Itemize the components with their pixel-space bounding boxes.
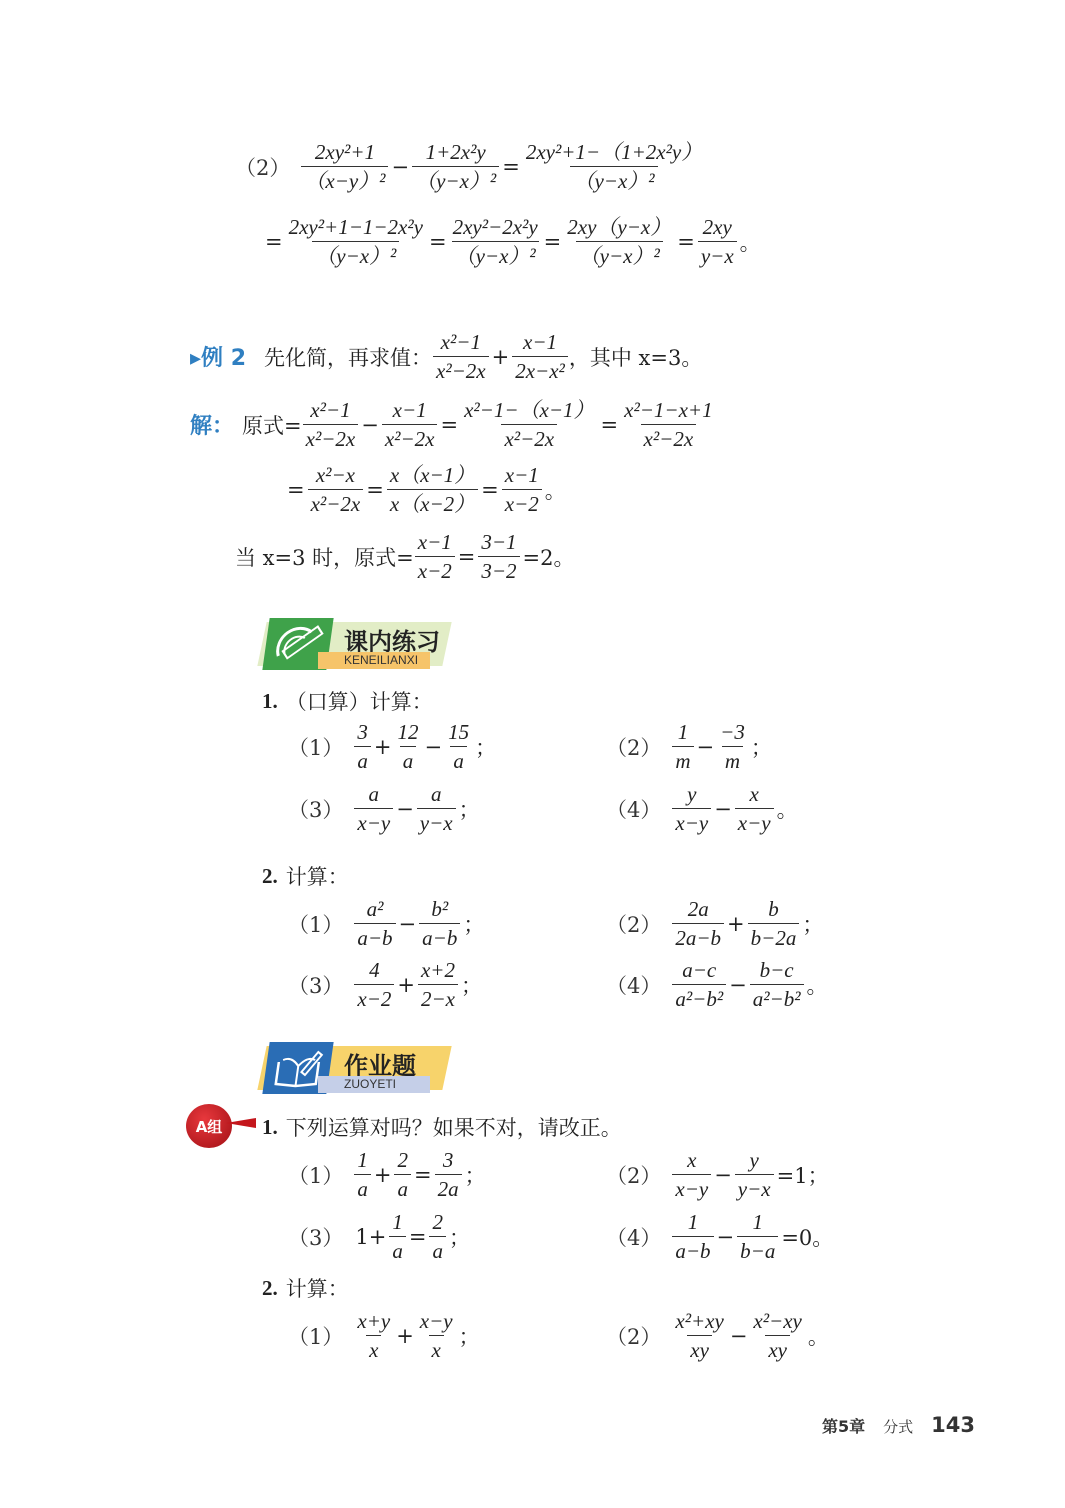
expression: xx−y−yy−x=1；	[671, 1148, 830, 1201]
fraction: 1a−b	[672, 1210, 713, 1263]
homework-question-1: 1. 下列运算对吗？如果不对，请改正。	[262, 1112, 622, 1142]
fraction: 1m	[672, 720, 693, 773]
homework-1-item-1: （1）1a+2a=32a；	[288, 1148, 488, 1201]
operator: −	[715, 1225, 737, 1249]
question-number: 1.	[262, 689, 286, 714]
denominator: x−y	[735, 808, 774, 835]
denominator: a	[429, 1236, 446, 1263]
example-2-statement: ▸例 2 先化简，再求值： x²−1x²−2x+x−12x−x² ，其中 x=3…	[190, 330, 702, 383]
denominator: a−b	[419, 923, 460, 950]
operator: =	[285, 478, 307, 502]
fraction: 2xy²−2x²y（y−x）²	[450, 215, 541, 268]
fraction: −3m	[717, 720, 748, 773]
question-prompt: 下列运算对吗？如果不对，请改正。	[286, 1112, 622, 1142]
expression: yx−y−xx−y。	[671, 782, 799, 835]
denominator: m	[722, 746, 743, 773]
operator: 。	[738, 227, 763, 257]
example-marker: ▸例 2	[190, 341, 264, 372]
prefix: 当 x=3 时，原式=	[235, 542, 414, 572]
denominator: a	[354, 746, 371, 773]
operator: =	[412, 1163, 434, 1187]
denominator: 2a−b	[672, 923, 724, 950]
page-footer: 第5章 分式 143	[822, 1413, 975, 1437]
expression: 1a+2a=32a；	[353, 1148, 487, 1201]
fraction: 1a	[389, 1210, 406, 1263]
question-number: 2.	[262, 864, 286, 889]
numerator: x	[684, 1148, 699, 1174]
denominator: x−2	[415, 556, 455, 583]
practice-1-item-3: （3）ax−y−ay−x；	[288, 782, 482, 835]
fraction: 2a	[394, 1148, 411, 1201]
denominator: x²−2x	[308, 489, 364, 516]
operator: −	[389, 155, 411, 179]
numerator: 2xy²+1−1−2x²y	[286, 215, 426, 241]
operator: ；	[447, 1222, 472, 1252]
homework-section-banner: 作业题 ZUOYETI	[262, 1040, 452, 1092]
fraction: 32a	[435, 1148, 462, 1201]
practice-2-item-2: （2）2a2a−b+bb−2a；	[606, 897, 825, 950]
denominator: a	[389, 1236, 406, 1263]
fraction: 1a	[354, 1148, 371, 1201]
denominator: （y−x）²	[312, 241, 399, 268]
solution-line3: 当 x=3 时，原式= x−1x−2=3−13−2=2。	[235, 530, 577, 583]
practice-1-item-4: （4）yx−y−xx−y。	[606, 782, 800, 835]
operator: =1；	[775, 1160, 831, 1190]
operator: +	[394, 1324, 416, 1348]
solution-label: 解：	[190, 409, 242, 440]
operator: =	[438, 413, 460, 437]
denominator: x−2	[354, 984, 394, 1011]
expression: ax−y−ay−x；	[353, 782, 481, 835]
operator: =	[263, 230, 285, 254]
fraction: 2xy（y−x）（y−x）²	[564, 215, 674, 268]
expression: a²a−b−b²a−b；	[353, 897, 486, 950]
question-prompt: （口算）计算：	[286, 686, 433, 716]
operator: ；	[800, 909, 825, 939]
numerator: x−1	[415, 530, 455, 556]
denominator: x	[366, 1335, 381, 1362]
practice-2-item-4: （4）a−ca²−b²−b−ca²−b²。	[606, 958, 830, 1011]
denominator: y−x	[417, 808, 456, 835]
item-label: （2）	[606, 909, 671, 939]
numerator: x+2	[418, 958, 458, 984]
operator: −	[422, 735, 444, 759]
fraction: 3a	[354, 720, 371, 773]
banner-subtitle: KENEILIANXI	[318, 652, 430, 669]
homework-question-2: 2. 计算：	[262, 1273, 349, 1303]
fraction: 15a	[445, 720, 472, 773]
homework-1-item-2: （2）xx−y−yy−x=1；	[606, 1148, 831, 1201]
denominator: b−a	[737, 1236, 778, 1263]
numerator: 1	[685, 1210, 702, 1236]
operator: =	[427, 230, 449, 254]
operator: =	[479, 478, 501, 502]
item-label: （4）	[606, 970, 671, 1000]
expression: 2a2a−b+bb−2a；	[671, 897, 825, 950]
numerator: x−1	[390, 398, 430, 424]
fraction: x−12x−x²	[512, 330, 568, 383]
operator: =	[364, 478, 386, 502]
fraction: x²−1−（x−1）x²−2x	[461, 398, 597, 451]
numerator: b	[765, 897, 782, 923]
numerator: 2xy²+1−（1+2x²y）	[523, 140, 705, 166]
operator: =0。	[779, 1222, 835, 1252]
item-label: （3）	[288, 970, 353, 1000]
numerator: 2xy²+1	[312, 140, 378, 166]
fraction: x²−xx²−2x	[308, 463, 364, 516]
denominator: x²−2x	[303, 424, 359, 451]
numerator: x（x−1）	[387, 463, 478, 489]
operator: 。	[543, 475, 568, 505]
denominator: xy	[687, 1335, 712, 1362]
fraction: x²−1x²−2x	[433, 330, 489, 383]
fraction: 1b−a	[737, 1210, 778, 1263]
fraction: x²+xyxy	[672, 1309, 726, 1362]
solution-part2-line2: =2xy²+1−1−2x²y（y−x）²=2xy²−2x²y（y−x）²=2xy…	[263, 215, 763, 268]
denominator: a−b	[672, 1236, 713, 1263]
item-label: （3）	[288, 1222, 353, 1252]
numerator: 2xy（y−x）	[564, 215, 674, 241]
fraction: b−ca²−b²	[750, 958, 804, 1011]
numerator: 3−1	[478, 530, 519, 556]
numerator: 4	[366, 958, 383, 984]
badge-pointer	[226, 1118, 256, 1128]
operator: =	[407, 1225, 429, 1249]
denominator: a	[354, 1174, 371, 1201]
expression: 1+1a=2a；	[353, 1210, 472, 1263]
denominator: x−y	[672, 1174, 711, 1201]
fraction: x−yx	[417, 1309, 456, 1362]
numerator: a	[428, 782, 445, 808]
fraction: a−ca²−b²	[672, 958, 726, 1011]
practice-1-item-2: （2）1m−−3m；	[606, 720, 774, 773]
item-label: （1）	[288, 1160, 353, 1190]
operator: ；	[463, 1160, 488, 1190]
operator: −	[728, 1324, 750, 1348]
operator: =	[542, 230, 564, 254]
denominator: x²−2x	[501, 424, 557, 451]
numerator: 15	[445, 720, 472, 746]
homework-2-item-2: （2）x²+xyxy−x²−xyxy。	[606, 1309, 831, 1362]
denominator: a²−b²	[672, 984, 726, 1011]
fraction: 2a2a−b	[672, 897, 724, 950]
denominator: 2x−x²	[512, 356, 568, 383]
denominator: x−2	[502, 489, 542, 516]
expression: 1a−b−1b−a=0。	[671, 1210, 835, 1263]
operator: 。	[775, 794, 800, 824]
item-label: （1）	[288, 1321, 353, 1351]
fraction: bb−2a	[748, 897, 800, 950]
fraction: ax−y	[354, 782, 393, 835]
denominator: （y−x）²	[452, 241, 539, 268]
fraction: 2a	[429, 1210, 446, 1263]
numerator: 2xy	[700, 215, 735, 241]
numerator: x+y	[354, 1309, 393, 1335]
operator: +	[725, 912, 747, 936]
operator: −	[695, 735, 717, 759]
practice-question-1: 1. （口算）计算：	[262, 686, 433, 716]
expression: x²+xyxy−x²−xyxy。	[671, 1309, 830, 1362]
denominator: y−x	[735, 1174, 774, 1201]
fraction: 2xy²+1−（1+2x²y）（y−x）²	[523, 140, 705, 193]
practice-question-2: 2. 计算：	[262, 861, 349, 891]
question-number: 2.	[262, 1276, 286, 1301]
page-number: 143	[931, 1413, 975, 1437]
practice-2-item-3: （3）4x−2+x+22−x；	[288, 958, 484, 1011]
numerator: x−1	[502, 463, 542, 489]
operator: −	[359, 413, 381, 437]
numerator: y	[747, 1148, 762, 1174]
fraction: xx−y	[672, 1148, 711, 1201]
practice-2-item-1: （1）a²a−b−b²a−b；	[288, 897, 486, 950]
item-label: （3）	[288, 794, 353, 824]
item-label: （4）	[606, 794, 671, 824]
fraction: 2xy²+1−1−2x²y（y−x）²	[286, 215, 426, 268]
numerator: 1	[389, 1210, 406, 1236]
numerator: x−1	[520, 330, 560, 356]
numerator: x²+xy	[672, 1309, 726, 1335]
expression: x²−1x²−2x−x−1x²−2x=x²−1−（x−1）x²−2x=x²−1−…	[302, 398, 717, 451]
fraction: x²−1−x+1x²−2x	[621, 398, 715, 451]
fraction: a²a−b	[354, 897, 395, 950]
example-text: 先化简，再求值：	[264, 342, 432, 372]
numerator: 1	[749, 1210, 766, 1236]
fraction: x−1x−2	[502, 463, 542, 516]
operator: +	[372, 1163, 394, 1187]
numerator: x²−1−（x−1）	[461, 398, 597, 424]
numerator: 2a	[685, 897, 712, 923]
numerator: a²	[364, 897, 387, 923]
expression: 4x−2+x+22−x；	[353, 958, 484, 1011]
operator: ；	[457, 794, 482, 824]
numerator: x²−x	[313, 463, 358, 489]
fraction: 1+2x²y（y−x）²	[412, 140, 499, 193]
homework-2-item-1: （1）x+yx+x−yx；	[288, 1309, 482, 1362]
operator: ；	[473, 732, 498, 762]
example-condition: ，其中 x=3。	[569, 342, 702, 372]
operator: −	[712, 797, 734, 821]
operator: 。	[805, 970, 830, 1000]
fraction: x+22−x	[418, 958, 458, 1011]
item-label: （4）	[606, 1222, 671, 1252]
expression: =x²−xx²−2x=x（x−1）x（x−2）=x−1x−2。	[285, 463, 568, 516]
denominator: x−y	[354, 808, 393, 835]
homework-1-item-3: （3）1+1a=2a；	[288, 1210, 472, 1263]
item-label: （2）	[606, 1160, 671, 1190]
numerator: a−c	[679, 958, 719, 984]
fraction: yx−y	[672, 782, 711, 835]
operator: +	[490, 345, 512, 369]
numerator: 12	[394, 720, 421, 746]
operator: +	[372, 735, 394, 759]
operator: −	[712, 1163, 734, 1187]
numerator: x²−1−x+1	[621, 398, 715, 424]
fraction: 2xy²+1（x−y）²	[301, 140, 388, 193]
practice-section-banner: 课内练习 KENEILIANXI	[262, 616, 452, 668]
denominator: a	[394, 1174, 411, 1201]
operator: −	[394, 797, 416, 821]
denominator: （y−x）²	[576, 241, 663, 268]
item-label: （1）	[288, 909, 353, 939]
chapter-title: 分式	[883, 1416, 913, 1437]
fraction: yy−x	[735, 1148, 774, 1201]
numerator: 1	[675, 720, 692, 746]
question-prompt: 计算：	[286, 1273, 349, 1303]
fraction: x−1x²−2x	[382, 398, 438, 451]
expression: x−1x−2=3−13−2=2。	[414, 530, 577, 583]
expression: a−ca²−b²−b−ca²−b²。	[671, 958, 829, 1011]
operator: =	[599, 413, 621, 437]
item-label: （1）	[288, 732, 353, 762]
denominator: x²−2x	[382, 424, 438, 451]
question-number: 1.	[262, 1115, 286, 1140]
operator: ；	[461, 909, 486, 939]
numerator: x²−1	[307, 398, 353, 424]
fraction: 3−13−2	[478, 530, 519, 583]
solution-part2-line1: （2） 2xy²+1（x−y）²−1+2x²y（y−x）²=2xy²+1−（1+…	[235, 140, 706, 193]
denominator: 3−2	[478, 556, 519, 583]
fraction: x+yx	[354, 1309, 393, 1362]
denominator: xy	[765, 1335, 790, 1362]
denominator: a	[400, 746, 417, 773]
fraction: x−1x−2	[415, 530, 455, 583]
fraction: x（x−1）x（x−2）	[387, 463, 478, 516]
numerator: x²−xy	[750, 1309, 804, 1335]
operator: ；	[457, 1321, 482, 1351]
practice-1-item-1: （1）3a+12a−15a；	[288, 720, 498, 773]
denominator: （y−x）²	[412, 166, 499, 193]
question-prompt: 计算：	[286, 861, 349, 891]
fraction: 4x−2	[354, 958, 394, 1011]
denominator: （x−y）²	[301, 166, 388, 193]
homework-1-item-4: （4）1a−b−1b−a=0。	[606, 1210, 835, 1263]
numerator: 3	[354, 720, 371, 746]
denominator: x	[429, 1335, 444, 1362]
denominator: a²−b²	[750, 984, 804, 1011]
fraction: xx−y	[735, 782, 774, 835]
numerator: x−y	[417, 1309, 456, 1335]
numerator: 1	[354, 1148, 371, 1174]
numerator: 3	[440, 1148, 457, 1174]
fraction: ay−x	[417, 782, 456, 835]
operator: −	[397, 912, 419, 936]
numerator: 1+2x²y	[423, 140, 489, 166]
solution-line1: 解： 原式= x²−1x²−2x−x−1x²−2x=x²−1−（x−1）x²−2…	[190, 398, 717, 451]
denominator: a	[450, 746, 467, 773]
numerator: y	[684, 782, 699, 808]
operator: −	[727, 973, 749, 997]
expression: 2xy²+1（x−y）²−1+2x²y（y−x）²=2xy²+1−（1+2x²y…	[300, 140, 706, 193]
expression: 3a+12a−15a；	[353, 720, 498, 773]
group-label: A组	[196, 1116, 223, 1137]
numerator: a	[366, 782, 383, 808]
denominator: x²−2x	[433, 356, 489, 383]
numerator: 2	[394, 1148, 411, 1174]
operator: ；	[749, 732, 774, 762]
fraction: 2xyy−x	[698, 215, 737, 268]
denominator: 2−x	[418, 984, 458, 1011]
numerator: x	[747, 782, 762, 808]
numerator: 2xy²−2x²y	[450, 215, 541, 241]
operator: =	[500, 155, 522, 179]
item-label: （2）	[606, 732, 671, 762]
fraction: x²−1x²−2x	[303, 398, 359, 451]
denominator: a−b	[354, 923, 395, 950]
denominator: x（x−2）	[387, 489, 478, 516]
denominator: （y−x）²	[570, 166, 657, 193]
banner-subtitle: ZUOYETI	[318, 1076, 430, 1093]
prefix: 原式=	[242, 410, 302, 440]
operator: =2。	[521, 542, 577, 572]
solution-line2: =x²−xx²−2x=x（x−1）x（x−2）=x−1x−2。	[285, 463, 568, 516]
denominator: x−y	[672, 808, 711, 835]
numerator: 2	[429, 1210, 446, 1236]
item-label: （2）	[235, 152, 300, 182]
operator: +	[395, 973, 417, 997]
denominator: y−x	[698, 241, 737, 268]
fraction: b²a−b	[419, 897, 460, 950]
expression: x²−1x²−2x+x−12x−x²	[432, 330, 569, 383]
operator: 。	[806, 1321, 831, 1351]
denominator: x²−2x	[641, 424, 697, 451]
operator: =	[456, 545, 478, 569]
numerator: −3	[717, 720, 748, 746]
operator: 1+	[353, 1225, 388, 1249]
denominator: 2a	[435, 1174, 462, 1201]
numerator: b−c	[757, 958, 797, 984]
operator: =	[675, 230, 697, 254]
expression: =2xy²+1−1−2x²y（y−x）²=2xy²−2x²y（y−x）²=2xy…	[263, 215, 763, 268]
fraction: 12a	[394, 720, 421, 773]
chapter-number: 第5章	[822, 1414, 865, 1437]
item-label: （2）	[606, 1321, 671, 1351]
denominator: m	[672, 746, 693, 773]
expression: 1m−−3m；	[671, 720, 773, 773]
operator: ；	[459, 970, 484, 1000]
fraction: x²−xyxy	[750, 1309, 804, 1362]
numerator: b²	[428, 897, 451, 923]
expression: x+yx+x−yx；	[353, 1309, 481, 1362]
numerator: x²−1	[438, 330, 484, 356]
denominator: b−2a	[748, 923, 800, 950]
